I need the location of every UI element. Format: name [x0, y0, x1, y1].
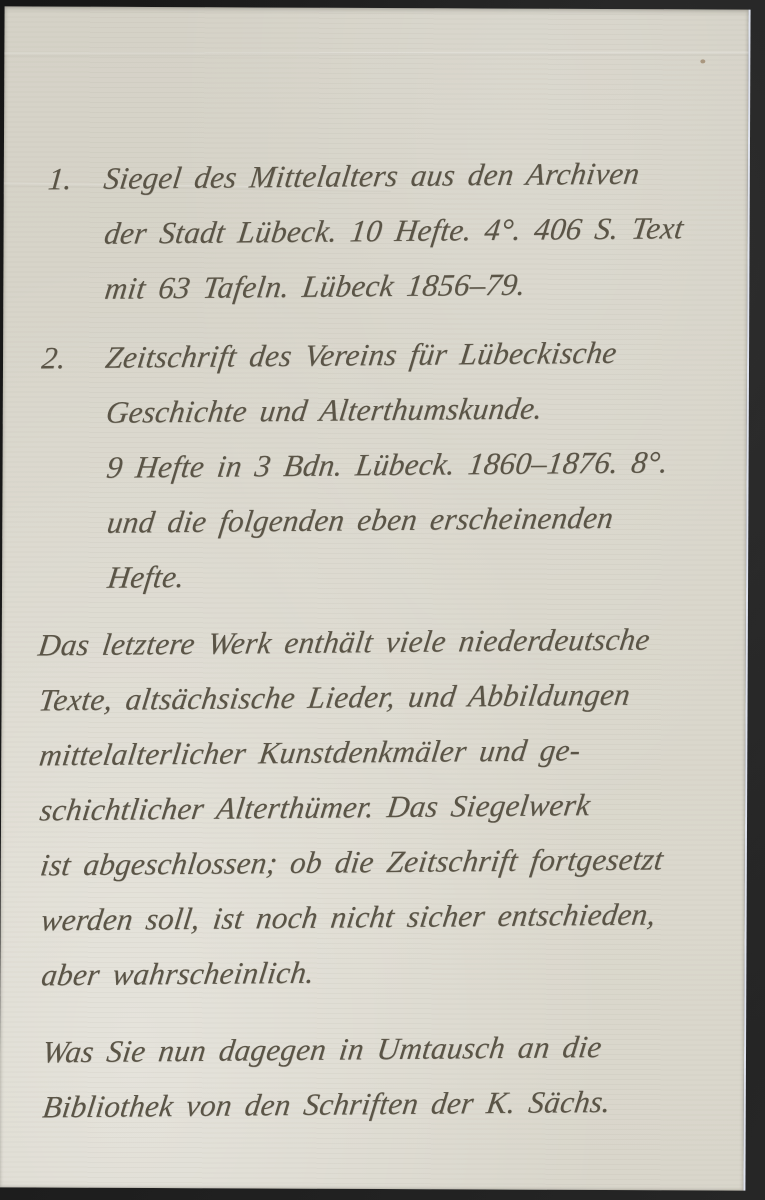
list-item-1: 1. Siegel des Mittelalters aus den Archi…: [30, 145, 744, 317]
paper-speck: [700, 59, 705, 63]
handwritten-line: Bibliothek von den Schriften der K. Säch…: [39, 1073, 758, 1135]
handwritten-line: Texte, altsächsische Lieder, und Abbildu…: [35, 666, 754, 728]
item-1-number: 1.: [28, 151, 103, 207]
manuscript-page: 1. Siegel des Mittelalters aus den Archi…: [0, 6, 751, 1190]
handwritten-line: werden soll, ist noch nicht sicher entsc…: [38, 886, 757, 948]
paper-crease: [4, 52, 748, 57]
handwritten-line: Hefte.: [104, 544, 753, 605]
scan-background: 1. Siegel des Mittelalters aus den Archi…: [0, 0, 765, 1200]
handwritten-line: Siegel des Mittelalters aus den Archiven: [100, 145, 749, 206]
handwritten-line: ist abgeschlossen; ob die Zeitschrift fo…: [37, 831, 756, 893]
handwritten-line: Was Sie nun dagegen in Umtausch an die: [39, 1018, 758, 1080]
handwritten-line: Zeitschrift des Vereins für Lübeckische: [102, 324, 751, 385]
handwritten-line: der Stadt Lübeck. 10 Hefte. 4°. 406 S. T…: [101, 200, 750, 261]
letter-body: 1. Siegel des Mittelalters aus den Archi…: [30, 145, 751, 1135]
item-1-text: Siegel des Mittelalters aus den Archiven…: [100, 145, 744, 316]
item-2-number: 2.: [29, 330, 104, 386]
handwritten-line: schichtlicher Alterthümer. Das Siegelwer…: [37, 776, 756, 838]
handwritten-line: Das letztere Werk enthält viele niederde…: [35, 611, 754, 673]
handwritten-line: mit 63 Tafeln. Lübeck 1856–79.: [102, 255, 751, 316]
paragraph-exchange-request: Was Sie nun dagegen in Umtausch an die B…: [38, 1018, 751, 1135]
handwritten-line: Geschichte und Alterthumskunde.: [103, 379, 752, 440]
item-2-text: Zeitschrift des Vereins für Lübeckische …: [102, 324, 747, 605]
handwritten-line: mittelalterlicher Kunstdenkmäler und ge-: [36, 721, 755, 783]
handwritten-line: und die folgenden eben erscheinenden: [104, 489, 753, 550]
handwritten-line: aber wahrscheinlich.: [38, 941, 757, 1003]
paragraph-description: Das letztere Werk enthält viele niederde…: [34, 611, 750, 1003]
list-item-2: 2. Zeitschrift des Vereins für Lübeckisc…: [32, 324, 747, 606]
handwritten-line: 9 Hefte in 3 Bdn. Lübeck. 1860–1876. 8°.: [103, 434, 752, 495]
